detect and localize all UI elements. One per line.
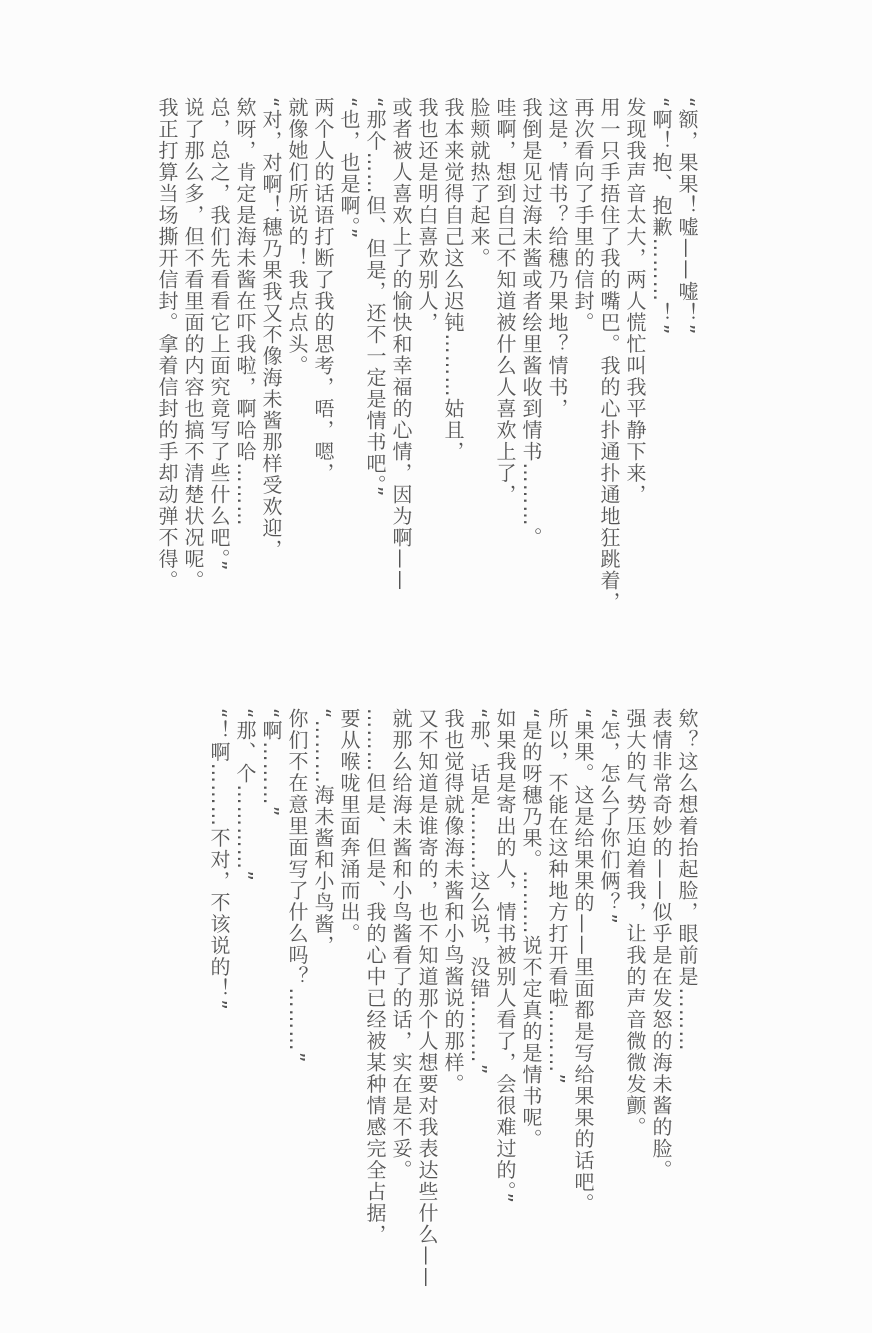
text-line: 说了那么多，但不看里面的内容也搞不清楚状况呢。: [180, 97, 206, 642]
text-line: 脸颊就热了起来。: [466, 97, 492, 642]
text-line: “啊………”: [258, 708, 284, 1320]
text-line: “啊！抱、抱歉………！”: [648, 97, 674, 642]
text-line: “对，对啊！穗乃果我又不像海未酱那样受欢迎，: [258, 97, 284, 642]
text-line: 两个人的话语打断了我的思考，唔，嗯，: [310, 97, 336, 642]
text-line: 我也觉得就像海未酱和小鸟酱说的那样。: [440, 708, 466, 1320]
text-line: “！啊………不对，不该说的！”: [206, 708, 232, 1320]
text-line: “额，果果！嘘——嘘！”: [674, 97, 700, 642]
text-line: 我正打算当场撕开信封。拿着信封的手却动弹不得。: [154, 97, 180, 642]
text-line: “果果。这是给果果的——里面都是写给果果的话吧。: [570, 708, 596, 1320]
text-line: 或者被人喜欢上了的愉快和幸福的心情，因为啊——: [388, 97, 414, 642]
text-line: 欸呀，肯定是海未酱在吓我啦，啊哈哈………: [232, 97, 258, 642]
text-line: 总，总之，我们先看看它上面究竟写了些什么吧。”: [206, 97, 232, 642]
text-line: 哇啊，想到自己不知道被什么人喜欢上了，: [492, 97, 518, 642]
text-line: 欸？这么想着抬起脸，眼前是………: [674, 708, 700, 1320]
text-line: 发现我声音太大，两人慌忙叫我平静下来，: [622, 97, 648, 642]
text-line: 你们不在意里面写了什么吗？………”: [284, 708, 310, 1320]
text-line: 要从喉咙里面奔涌而出。: [336, 708, 362, 1320]
text-line: 就像她们所说的！我点点头。: [284, 97, 310, 642]
text-line: 所以，不能在这种地方打开看啦………”: [544, 708, 570, 1320]
text-line: 我本来觉得自己这么迟钝………姑且，: [440, 97, 466, 642]
text-line: 我倒是见过海未酱或者绘里酱收到情书………。: [518, 97, 544, 642]
text-line: “那个……但、但是，还不一定是情书吧。”: [362, 97, 388, 642]
text-line: 就那么给海未酱和小鸟酱看了的话，实在是不妥。: [388, 708, 414, 1320]
text-line: 强大的气势压迫着我，让我的声音微微发颤。: [622, 708, 648, 1320]
text-block-upper: “额，果果！嘘——嘘！”“啊！抱、抱歉………！”发现我声音太大，两人慌忙叫我平静…: [154, 97, 700, 642]
text-line: 这是，情书？给穗乃果地？情书，: [544, 97, 570, 642]
text-line: “是的呀穗乃果。………说不定真的是情书呢。: [518, 708, 544, 1320]
text-line: “………海未酱和小鸟酱，: [310, 708, 336, 1320]
text-line: ………但是、但是、我的心中已经被某种情感完全占据，: [362, 708, 388, 1320]
text-line: 如果我是寄出的人，情书被别人看了，会很难过的。”: [492, 708, 518, 1320]
text-block-lower: 欸？这么想着抬起脸，眼前是………表情非常奇妙的——似乎是在发怒的海未酱的脸。强大…: [206, 708, 700, 1320]
text-line: 又不知道是谁寄的，也不知道那个人想要对我表达些什么——: [414, 708, 440, 1320]
text-line: 再次看向了手里的信封。: [570, 97, 596, 642]
text-line: 用一只手捂住了我的嘴巴。我的心扑通扑通地狂跳着，: [596, 97, 622, 642]
text-line: 我也还是明白喜欢别人，: [414, 97, 440, 642]
text-line: “那、话是………这么说，没错………”: [466, 708, 492, 1320]
novel-reader-page: “额，果果！嘘——嘘！”“啊！抱、抱歉………！”发现我声音太大，两人慌忙叫我平静…: [0, 0, 872, 1333]
text-line: “怎，怎么了你们俩？”: [596, 708, 622, 1320]
text-line: “也，也是啊。”: [336, 97, 362, 642]
text-line: 表情非常奇妙的——似乎是在发怒的海未酱的脸。: [648, 708, 674, 1320]
text-line: “那、个…………”: [232, 708, 258, 1320]
